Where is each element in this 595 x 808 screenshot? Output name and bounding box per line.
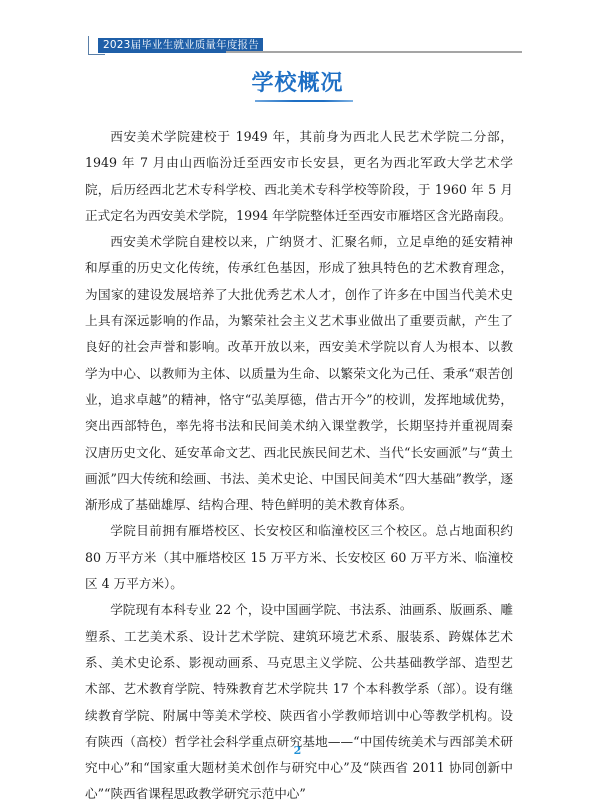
paragraph-philosophy: 西安美术学院自建校以来，广纳贤才、汇聚名师，立足卓绝的延安精神和厚重的历史文化传… [85,229,513,518]
page-number: 2 [0,744,595,757]
paragraph-departments: 学院现有本科专业 22 个，设中国画学院、书法系、油画系、版画系、雕塑系、工艺美… [85,597,513,807]
paragraph-history: 西安美术学院建校于 1949 年，其前身为西北人民艺术学院二分部，1949 年 … [85,124,513,229]
page-title: 学校概况 [0,70,595,98]
paragraph-campuses: 学院目前拥有雁塔校区、长安校区和临潼校区三个校区。总占地面积约 80 万平方米（… [85,518,513,597]
header-divider-line [226,51,522,53]
document-body: 西安美术学院建校于 1949 年，其前身为西北人民艺术学院二分部，1949 年 … [85,124,513,808]
title-underline [255,100,353,102]
report-header: 2023届毕业生就业质量年度报告 [88,36,528,56]
